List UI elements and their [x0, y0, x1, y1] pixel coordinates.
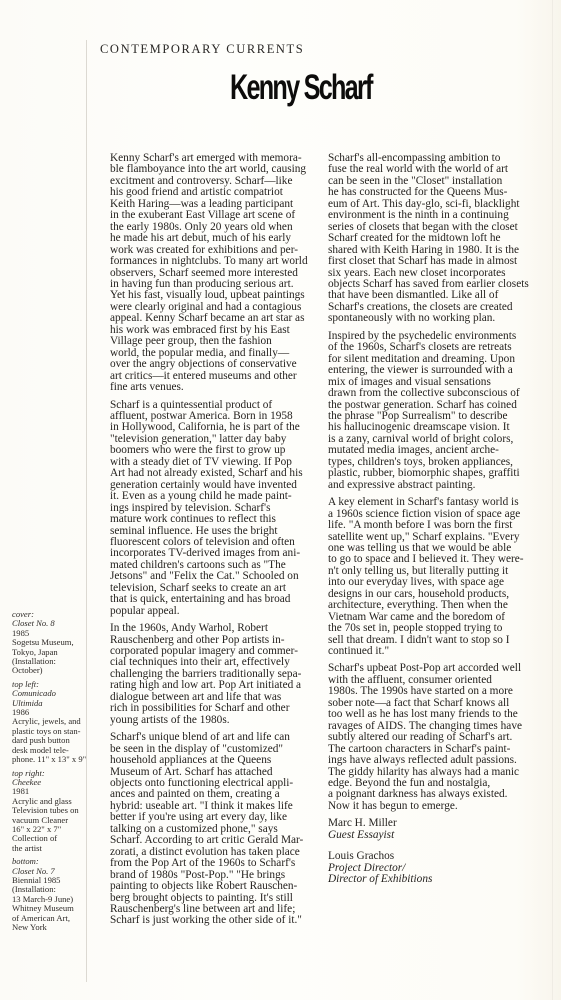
caption-block: cover:Closet No. 81985Sogetsu Museum,Tok…	[12, 610, 84, 676]
text-line: from the Pop Art of the 1960s to Scharf'…	[110, 858, 315, 869]
text-line: the 70s set in, people stopped trying to	[328, 623, 528, 634]
text-line: ings have always reflected adult passion…	[328, 755, 528, 766]
essay-paragraph: Scharf's all-encompassing ambition tofus…	[328, 153, 528, 325]
text-line: Scharf is just working the other side of…	[110, 915, 315, 926]
caption-detail: the artist	[12, 844, 84, 853]
caption-detail: October)	[12, 666, 84, 675]
caption-detail: New York	[12, 923, 84, 932]
text-line: that is quick, entertaining and has broa…	[110, 594, 315, 605]
text-line: A key element in Scharf's fantasy world …	[328, 497, 528, 508]
text-line: household appliances at the Queens	[110, 755, 315, 766]
text-line: Scharf created for the midtown loft he	[328, 233, 528, 244]
essay-paragraph: Scharf's unique blend of art and life ca…	[110, 732, 315, 927]
text-line: he made his art debut, much of his early	[110, 233, 315, 244]
essay-paragraph: Inspired by the psychedelic environments…	[328, 331, 528, 491]
text-line: spontaneously with no working plan.	[328, 313, 528, 324]
essay-paragraph: Kenny Scharf's art emerged with memora-b…	[110, 153, 315, 394]
text-line: Village peer group, then the fashion	[110, 336, 315, 347]
text-line: first closet that Scharf has made in alm…	[328, 256, 528, 267]
text-line: life. "A month before I was born the fir…	[328, 520, 528, 531]
essay-paragraph: Scharf is a quintessential product ofaff…	[110, 400, 315, 618]
text-line: popular appeal.	[110, 606, 315, 617]
caption-block: bottom:Closet No. 7Biennial 1985(Install…	[12, 857, 84, 932]
text-line: and expressive abstract painting.	[328, 480, 528, 491]
author-role: Guest Essayist	[328, 830, 528, 841]
text-line: continued it."	[328, 646, 528, 657]
text-line: mature work continues to reflect this	[110, 514, 315, 525]
text-line: subtly altered our reading of Scharf's a…	[328, 732, 528, 743]
text-line: environment is the ninth in a continuing	[328, 210, 528, 221]
artist-name-heading: Kenny Scharf	[230, 68, 372, 108]
text-line: over the angry objections of conservativ…	[110, 359, 315, 370]
text-line: of the 1960s, Scharf's closets are retre…	[328, 342, 528, 353]
text-line: young artists of the 1980s.	[110, 715, 315, 726]
caption-block: top right:Cheekee1981Acrylic and glassTe…	[12, 769, 84, 854]
text-line: Scharf's unique blend of art and life ca…	[110, 732, 315, 743]
signature-block: Marc H. MillerGuest Essayist	[328, 818, 528, 841]
text-line: fine arts venues.	[110, 382, 315, 393]
text-line: it. Even as a young child he made paint-	[110, 491, 315, 502]
text-line: architecture, everything. Then when the	[328, 600, 528, 611]
series-title: CONTEMPORARY CURRENTS	[100, 42, 304, 57]
text-line: In the 1960s, Andy Warhol, Robert	[110, 623, 315, 634]
text-line: in the exuberant East Village art scene …	[110, 210, 315, 221]
essay-paragraph: Scharf's upbeat Post-Pop art accorded we…	[328, 663, 528, 812]
essay-paragraph: A key element in Scharf's fantasy world …	[328, 497, 528, 657]
text-line: Now it has begun to emerge.	[328, 801, 528, 812]
image-captions: cover:Closet No. 81985Sogetsu Museum,Tok…	[12, 610, 84, 936]
text-line: drawn from the collective subconscious o…	[328, 388, 528, 399]
essay-left-column: Kenny Scharf's art emerged with memora-b…	[110, 153, 315, 933]
essay-right-column: Scharf's all-encompassing ambition tofus…	[328, 153, 528, 896]
text-line: Art had not already existed, Scharf and …	[110, 468, 315, 479]
essay-paragraph: In the 1960s, Andy Warhol, RobertRausche…	[110, 623, 315, 726]
text-line: plastic, rubber, biomorphic shapes, graf…	[328, 468, 528, 479]
author-role: Director of Exhibitions	[328, 874, 528, 885]
margin-rule	[86, 40, 87, 982]
signature-block: Louis GrachosProject Director/Director o…	[328, 851, 528, 885]
page-edge	[552, 0, 553, 1000]
text-line: formances in nightclubs. To many art wor…	[110, 256, 315, 267]
text-line: painting to objects like Robert Rauschen…	[110, 881, 315, 892]
caption-detail: phone. 11" x 13" x 9"	[12, 755, 84, 764]
caption-block: top left:ComunicadoUltimida1986Acrylic, …	[12, 680, 84, 765]
text-line: entering, the viewer is surrounded with …	[328, 365, 528, 376]
